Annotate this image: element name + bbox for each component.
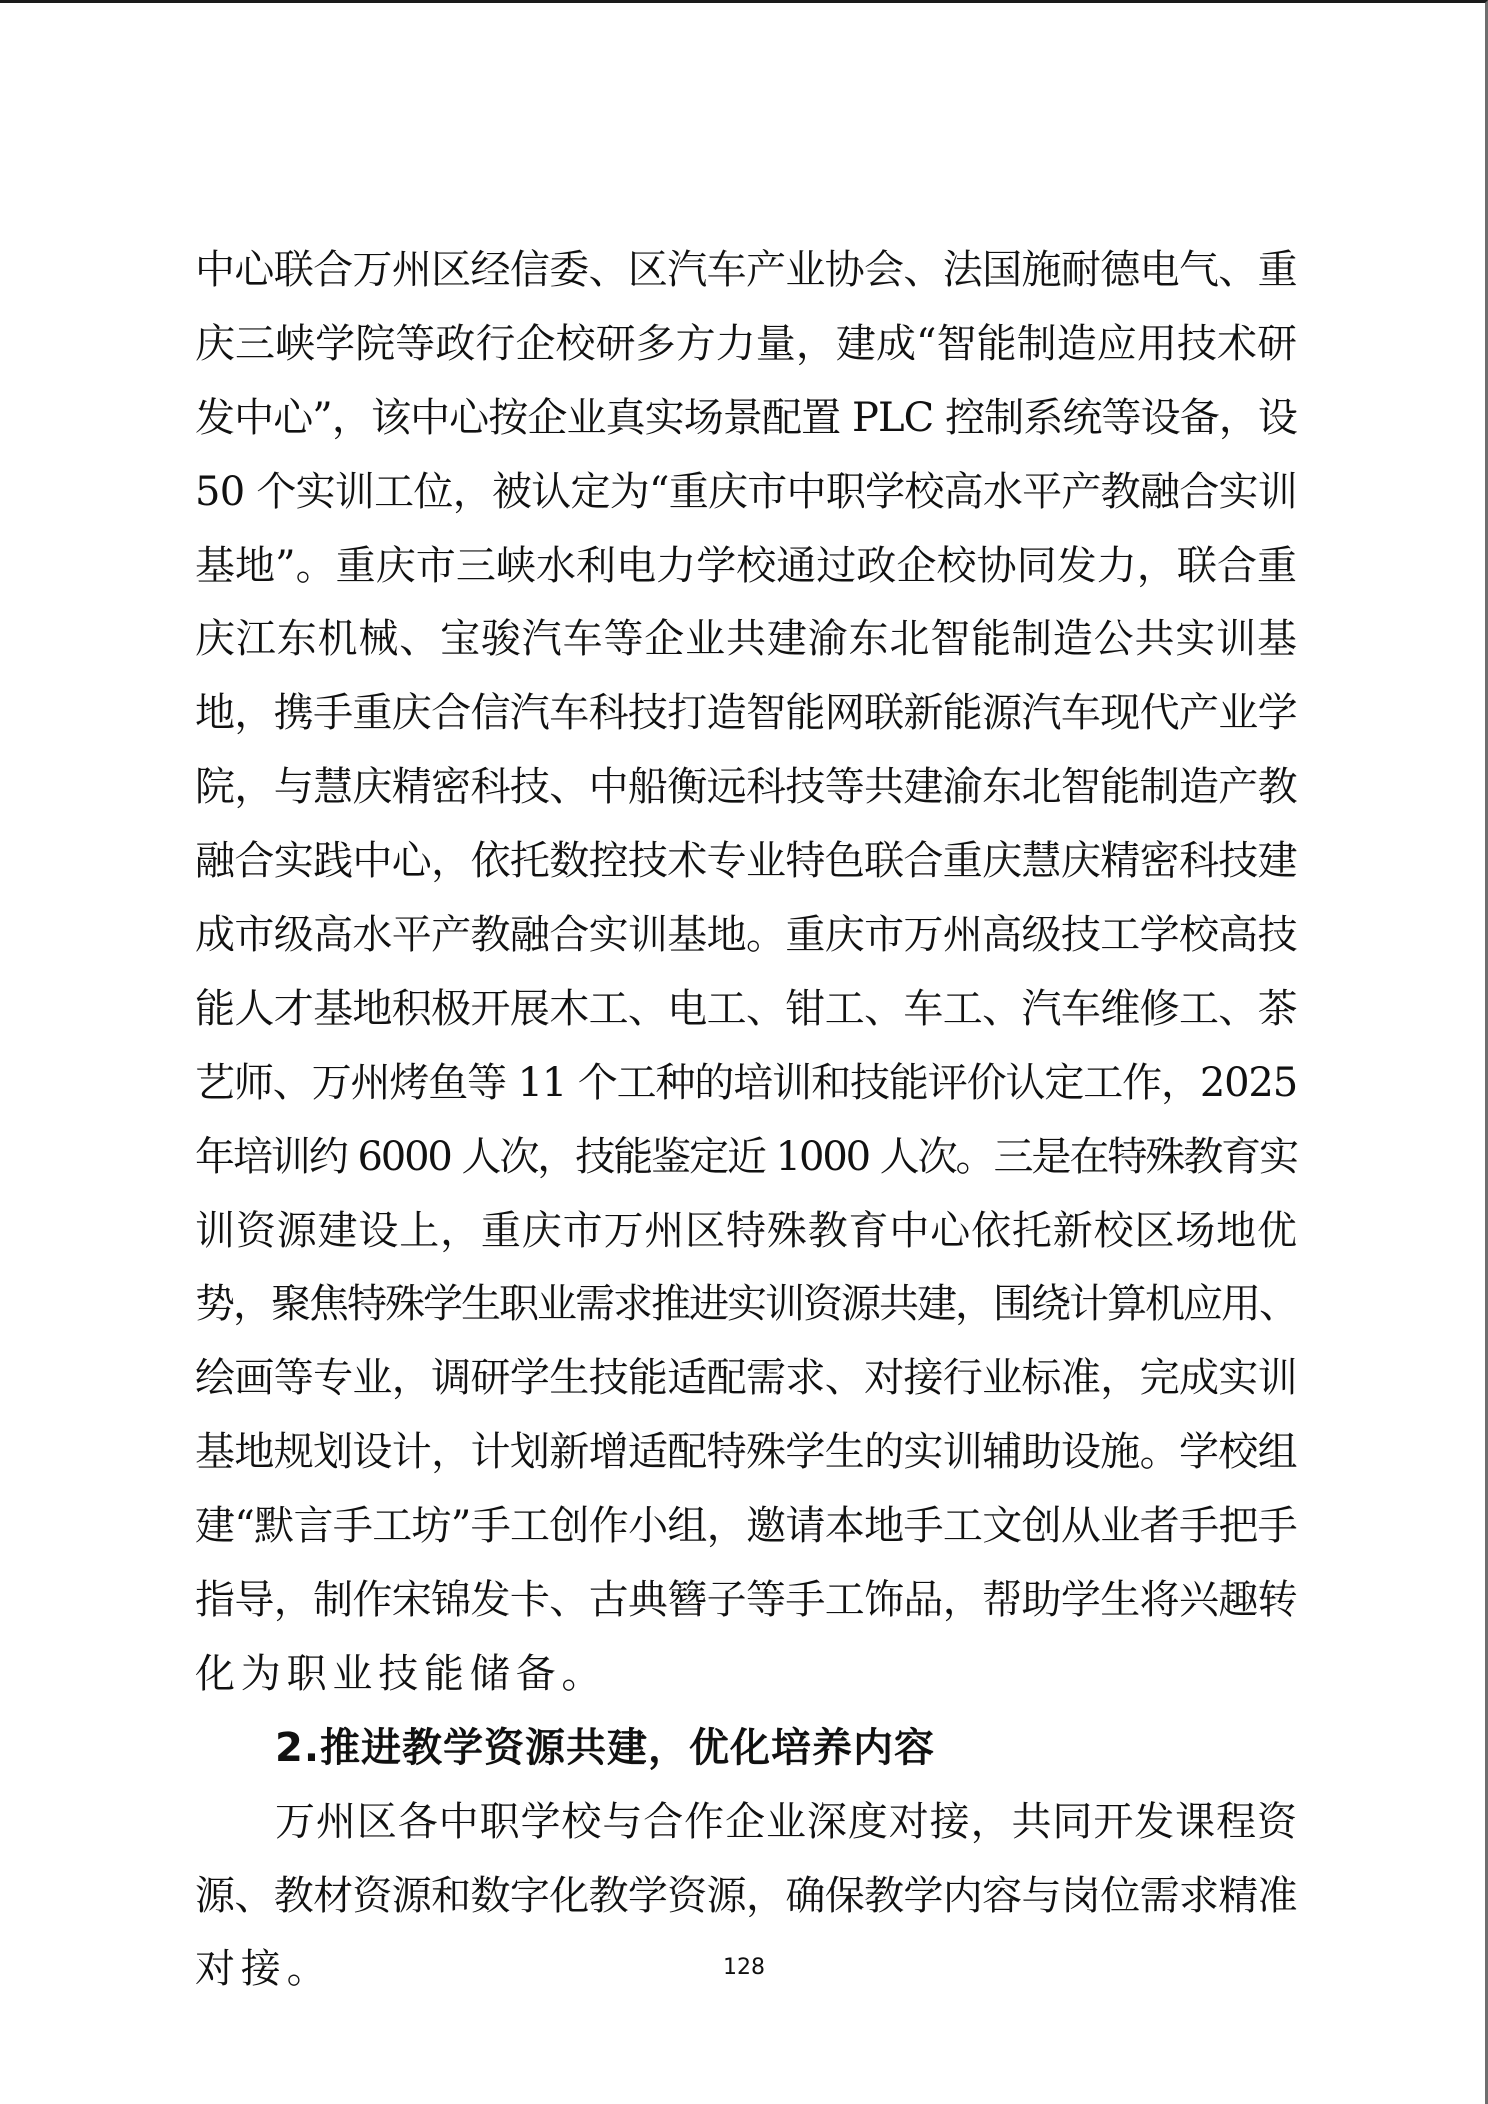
text-line: 融合实践中心，依托数控技术专业特色联合重庆慧庆精密科技建 — [195, 825, 1297, 899]
text-line: 院，与慧庆精密科技、中船衡远科技等共建渝东北智能制造产教 — [195, 751, 1297, 825]
text-line: 中心联合万州区经信委、区汽车产业协会、法国施耐德电气、重 — [195, 234, 1297, 308]
text-line: 基地”。重庆市三峡水利电力学校通过政企校协同发力，联合重 — [195, 530, 1297, 604]
text-line: 势，聚焦特殊学生职业需求推进实训资源共建，围绕计算机应用、 — [195, 1268, 1297, 1342]
text-line: 庆三峡学院等政行企校研多方力量，建成“智能制造应用技术研 — [195, 308, 1297, 382]
section-heading: 2.推进教学资源共建，优化培养内容 — [195, 1712, 1297, 1786]
text-line: 建“默言手工坊”手工创作小组，邀请本地手工文创从业者手把手 — [195, 1490, 1297, 1564]
text-line: 能人才基地积极开展木工、电工、钳工、车工、汽车维修工、茶 — [195, 973, 1297, 1047]
page-number: 128 — [0, 1955, 1488, 1980]
text-line: 源、教材资源和数字化教学资源，确保教学内容与岗位需求精准 — [195, 1860, 1297, 1934]
text-line: 绘画等专业，调研学生技能适配需求、对接行业标准，完成实训 — [195, 1342, 1297, 1416]
text-line: 地，携手重庆合信汽车科技打造智能网联新能源汽车现代产业学 — [195, 677, 1297, 751]
text-line: 50 个实训工位，被认定为“重庆市中职学校高水平产教融合实训 — [195, 456, 1297, 530]
document-page: 中心联合万州区经信委、区汽车产业协会、法国施耐德电气、重 庆三峡学院等政行企校研… — [0, 0, 1488, 2104]
text-line: 基地规划设计，计划新增适配特殊学生的实训辅助设施。学校组 — [195, 1416, 1297, 1490]
text-line: 发中心”，该中心按企业真实场景配置 PLC 控制系统等设备，设 — [195, 382, 1297, 456]
text-line: 万州区各中职学校与合作企业深度对接，共同开发课程资 — [195, 1786, 1297, 1860]
page-body: 中心联合万州区经信委、区汽车产业协会、法国施耐德电气、重 庆三峡学院等政行企校研… — [195, 234, 1297, 2007]
text-line: 年培训约 6000 人次，技能鉴定近 1000 人次。三是在特殊教育实 — [195, 1121, 1297, 1195]
text-line: 训资源建设上，重庆市万州区特殊教育中心依托新校区场地优 — [195, 1195, 1297, 1269]
text-line: 化为职业技能储备。 — [195, 1638, 1297, 1712]
text-line: 艺师、万州烤鱼等 11 个工种的培训和技能评价认定工作，2025 — [195, 1047, 1297, 1121]
paragraph: 中心联合万州区经信委、区汽车产业协会、法国施耐德电气、重 庆三峡学院等政行企校研… — [195, 234, 1297, 1712]
text-line: 庆江东机械、宝骏汽车等企业共建渝东北智能制造公共实训基 — [195, 603, 1297, 677]
text-line: 指导，制作宋锦发卡、古典簪子等手工饰品，帮助学生将兴趣转 — [195, 1564, 1297, 1638]
text-line: 成市级高水平产教融合实训基地。重庆市万州高级技工学校高技 — [195, 899, 1297, 973]
